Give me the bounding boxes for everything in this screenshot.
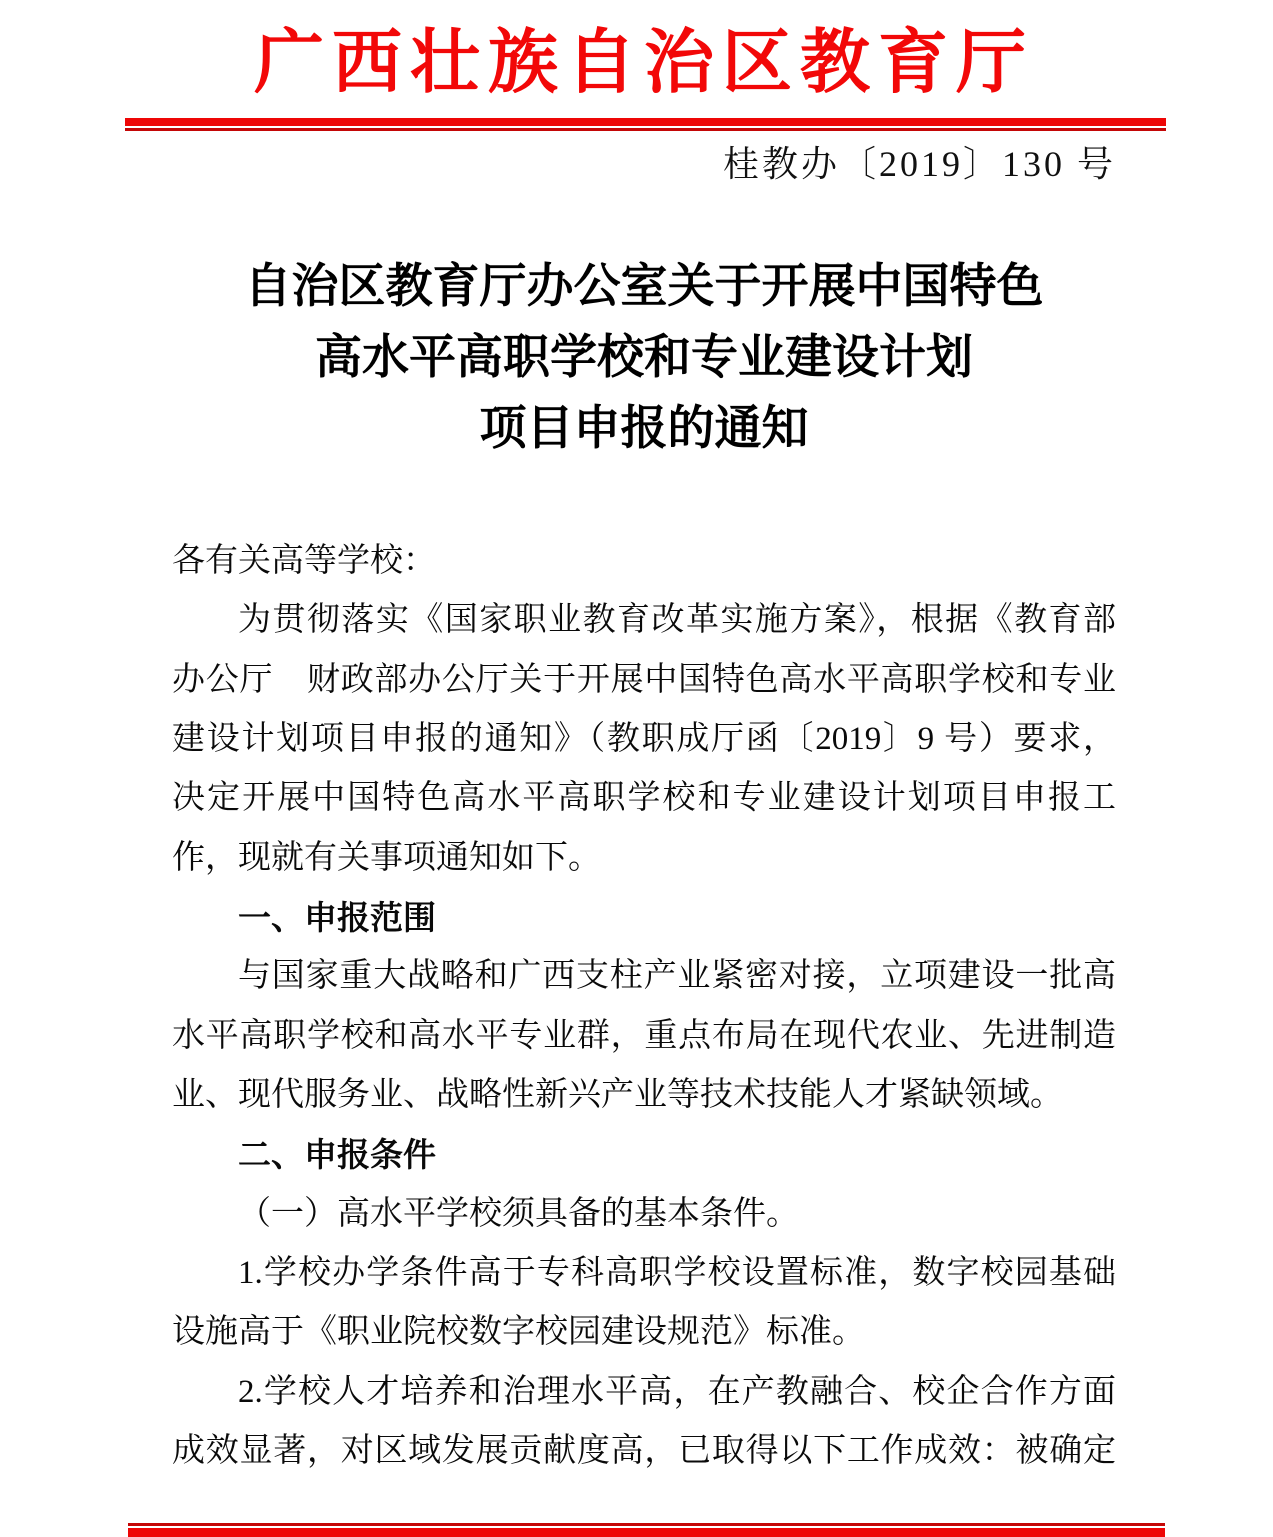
- paragraph-line: 设施高于《职业院校数字校园建设规范》标准。: [172, 1303, 1116, 1362]
- paragraph-line: 为贯彻落实《国家职业教育改革实施方案》，根据《教育部: [172, 591, 1116, 650]
- document-title-line-1: 自治区教育厅办公室关于开展中国特色: [172, 252, 1116, 323]
- document-title-line-3: 项目申报的通知: [172, 394, 1116, 465]
- letterhead-rule-thick: [125, 118, 1166, 126]
- footer-rule-thin: [128, 1523, 1165, 1526]
- document-number: 桂教办〔2019〕130 号: [172, 140, 1116, 188]
- letterhead-agency-name: 广西壮族自治区教育厅: [172, 20, 1116, 108]
- paragraph-line: 与国家重大战略和广西支柱产业紧密对接，立项建设一批高: [172, 947, 1116, 1006]
- paragraph-line: 决定开展中国特色高水平高职学校和专业建设计划项目申报工: [172, 769, 1116, 828]
- footer-rule: [128, 1523, 1165, 1537]
- letterhead-rule: [125, 118, 1166, 131]
- section-heading-1: 一、申报范围: [172, 888, 1116, 947]
- subsection-heading: （一）高水平学校须具备的基本条件。: [172, 1185, 1116, 1244]
- document-body: 各有关高等学校： 为贯彻落实《国家职业教育改革实施方案》，根据《教育部 办公厅 …: [172, 532, 1116, 1482]
- document-page: 广西壮族自治区教育厅 桂教办〔2019〕130 号 自治区教育厅办公室关于开展中…: [0, 0, 1273, 1537]
- paragraph-line: 业、现代服务业、战略性新兴产业等技术技能人才紧缺领域。: [172, 1066, 1116, 1125]
- paragraph-line: 水平高职学校和高水平专业群，重点布局在现代农业、先进制造: [172, 1007, 1116, 1066]
- footer-rule-thick: [128, 1528, 1165, 1537]
- paragraph-line: 2.学校人才培养和治理水平高，在产教融合、校企合作方面: [172, 1363, 1116, 1422]
- paragraph-line: 成效显著，对区域发展贡献度高，已取得以下工作成效：被确定: [172, 1422, 1116, 1481]
- paragraph-line: 1.学校办学条件高于专科高职学校设置标准，数字校园基础: [172, 1244, 1116, 1303]
- paragraph-line: 建设计划项目申报的通知》（教职成厅函〔2019〕9 号）要求，: [172, 710, 1116, 769]
- paragraph-line: 办公厅 财政部办公厅关于开展中国特色高水平高职学校和专业: [172, 651, 1116, 710]
- letterhead-rule-thin: [125, 128, 1166, 131]
- salutation-line: 各有关高等学校：: [172, 532, 1116, 591]
- document-title: 自治区教育厅办公室关于开展中国特色 高水平高职学校和专业建设计划 项目申报的通知: [172, 252, 1116, 465]
- document-title-line-2: 高水平高职学校和专业建设计划: [172, 323, 1116, 394]
- paragraph-line: 作，现就有关事项通知如下。: [172, 829, 1116, 888]
- section-heading-2: 二、申报条件: [172, 1125, 1116, 1184]
